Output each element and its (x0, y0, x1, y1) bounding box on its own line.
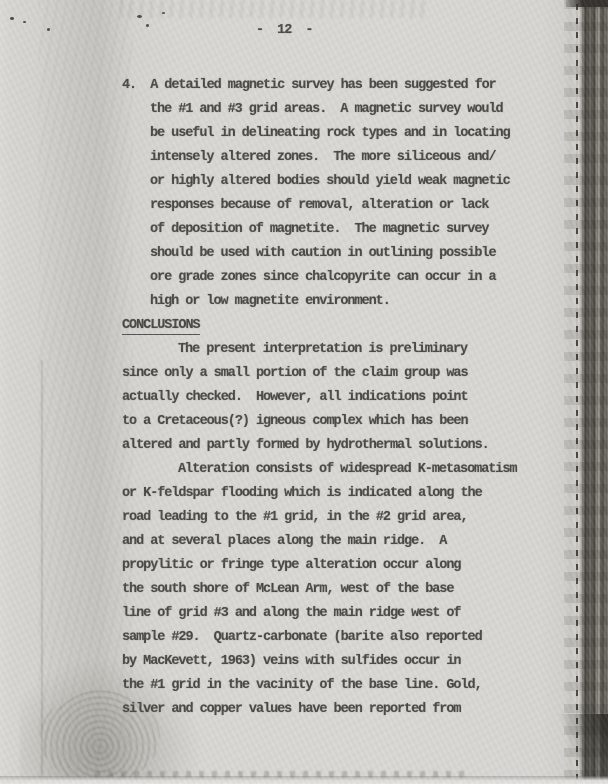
top-smudge-texture (120, 0, 430, 18)
text-line: altered and partly formed by hydrotherma… (122, 436, 489, 456)
text-line: line of grid #3 and along the main ridge… (122, 604, 460, 624)
text-line: be useful in delineating rock types and … (150, 124, 510, 144)
text-line: 4. A detailed magnetic survey has been s… (122, 76, 496, 96)
ink-speck (47, 28, 50, 31)
text-line: the south shore of McLean Arm, west of t… (122, 580, 453, 600)
page-bottom-edge (0, 776, 608, 784)
text-line: actually checked. However, all indicatio… (122, 388, 468, 408)
text-line: or K-feldspar flooding which is indicate… (122, 484, 482, 504)
text-line: or highly altered bodies should yield we… (150, 172, 510, 192)
text-line: intensely altered zones. The more silice… (150, 148, 496, 168)
text-line: by MacKevett, 1963) veins with sulfides … (122, 652, 460, 672)
text-line: since only a small portion of the claim … (122, 364, 468, 384)
ink-speck (23, 21, 26, 23)
scan-edge-bottom-shadow (556, 714, 608, 784)
ink-speck (137, 15, 142, 18)
text-line: ore grade zones since chalcopyrite can o… (150, 268, 496, 288)
text-line: Alteration consists of widespread K-meta… (178, 460, 516, 480)
page-number: - 12 - (256, 21, 312, 41)
text-line: of deposition of magnetite. The magnetic… (150, 220, 488, 240)
scan-edge-dashed-line (576, 4, 578, 782)
text-line: The present interpretation is preliminar… (178, 340, 467, 360)
text-line: responses because of removal, alteration… (150, 196, 488, 216)
text-line: propylitic or fringe type alteration occ… (122, 556, 460, 576)
text-line: should be used with caution in outlining… (150, 244, 496, 264)
section-heading: CONCLUSIONS (122, 316, 200, 336)
ink-speck (146, 24, 149, 27)
text-line: and at several places along the main rid… (122, 532, 446, 552)
ink-speck (10, 17, 14, 20)
text-line: the #1 grid in the vacinity of the base … (122, 676, 482, 696)
text-line: road leading to the #1 grid, in the #2 g… (122, 508, 468, 528)
text-line: high or low magnetite environment. (150, 292, 390, 312)
text-line: silver and copper values have been repor… (122, 700, 460, 720)
scan-edge-top-cap (566, 0, 608, 7)
text-line: to a Cretaceous(?) igneous complex which… (122, 412, 468, 432)
text-line: the #1 and #3 grid areas. A magnetic sur… (150, 100, 503, 120)
scanned-page: - 12 - 4. A detailed magnetic survey has… (0, 0, 608, 784)
scan-edge-striations (582, 0, 608, 784)
text-line: sample #29. Quartz-carbonate (barite als… (122, 628, 482, 648)
ink-speck (162, 12, 165, 14)
